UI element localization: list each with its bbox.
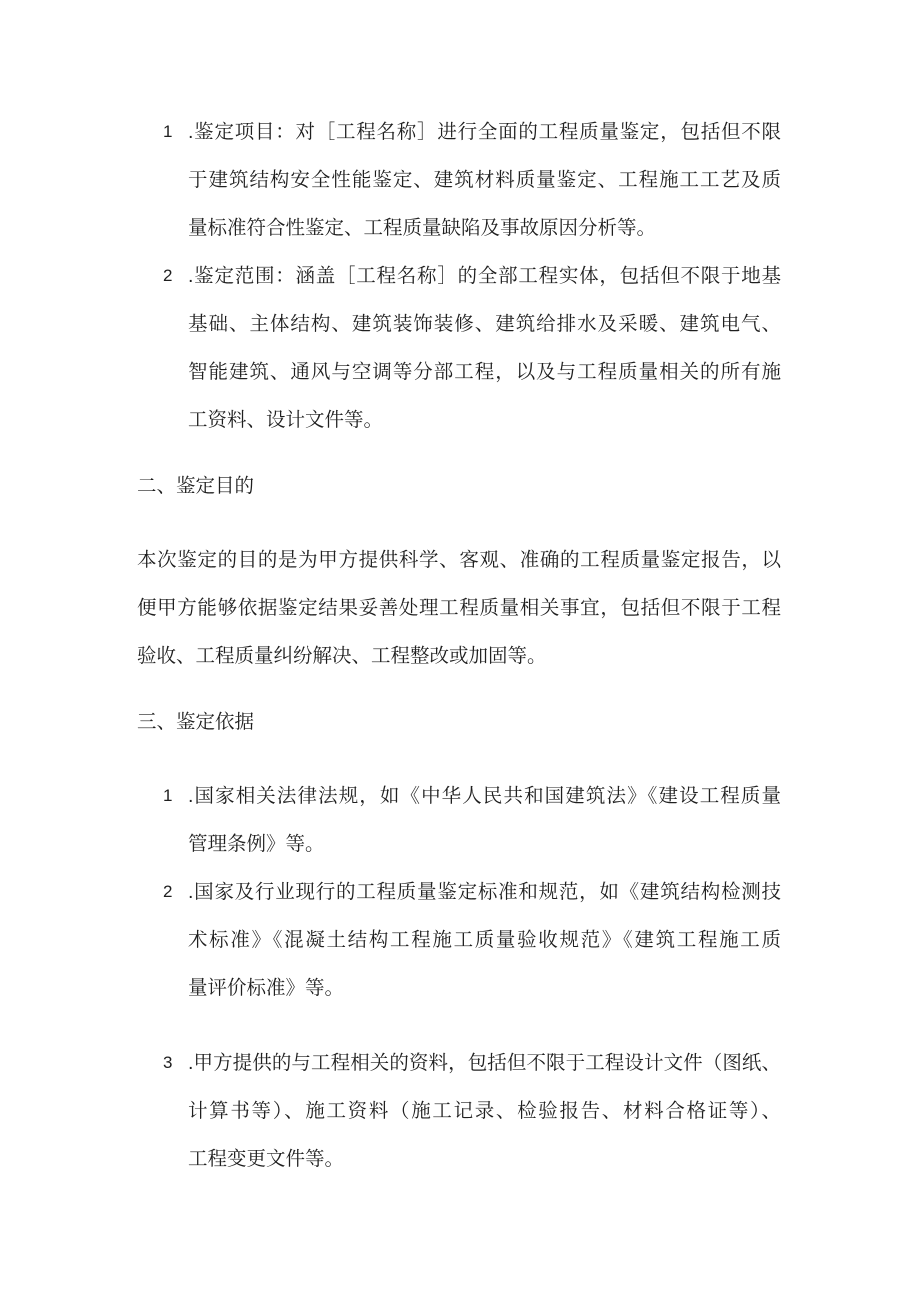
list-number: 1 xyxy=(163,108,188,156)
text-line: 量标准符合性鉴定、工程质量缺陷及事故原因分析等。 xyxy=(188,204,781,252)
list-item-lines: .鉴定项目：对［工程名称］进行全面的工程质量鉴定，包括但不限于建筑结构安全性能鉴… xyxy=(188,108,781,252)
list-number: 3 xyxy=(163,1039,188,1087)
list-item: 1.国家相关法律法规，如《中华人民共和国建筑法》《建设工程质量管理条例》等。 xyxy=(137,772,781,868)
text-line: 工资料、设计文件等。 xyxy=(188,396,781,444)
list-item-lines: .鉴定范围：涵盖［工程名称］的全部工程实体，包括但不限于地基基础、主体结构、建筑… xyxy=(188,252,781,444)
text-line: 基础、主体结构、建筑装饰装修、建筑给排水及采暖、建筑电气、 xyxy=(188,300,781,348)
list-item: 2.国家及行业现行的工程质量鉴定标准和规范，如《建筑结构检测技术标准》《混凝土结… xyxy=(137,868,781,1012)
section-heading: 三、鉴定依据 xyxy=(137,698,781,746)
text-line: .国家相关法律法规，如《中华人民共和国建筑法》《建设工程质量 xyxy=(188,772,781,820)
text-line: 便甲方能够依据鉴定结果妥善处理工程质量相关事宜，包括但不限于工程 xyxy=(137,584,781,632)
text-line: 验收、工程质量纠纷解决、工程整改或加固等。 xyxy=(137,632,781,680)
text-line: .鉴定范围：涵盖［工程名称］的全部工程实体，包括但不限于地基 xyxy=(188,252,781,300)
document-content: 1.鉴定项目：对［工程名称］进行全面的工程质量鉴定，包括但不限于建筑结构安全性能… xyxy=(137,108,781,1183)
list-item-lines: .国家相关法律法规，如《中华人民共和国建筑法》《建设工程质量管理条例》等。 xyxy=(188,772,781,868)
text-line: .甲方提供的与工程相关的资料，包括但不限于工程设计文件（图纸、 xyxy=(188,1039,781,1087)
text-line: 术标准》《混凝土结构工程施工质量验收规范》《建筑工程施工质 xyxy=(188,916,781,964)
list-item: 3.甲方提供的与工程相关的资料，包括但不限于工程设计文件（图纸、计算书等）、施工… xyxy=(137,1039,781,1183)
text-line: 工程变更文件等。 xyxy=(188,1135,781,1183)
text-line: 智能建筑、通风与空调等分部工程，以及与工程质量相关的所有施 xyxy=(188,348,781,396)
text-line: 于建筑结构安全性能鉴定、建筑材料质量鉴定、工程施工工艺及质 xyxy=(188,156,781,204)
list-item-lines: .甲方提供的与工程相关的资料，包括但不限于工程设计文件（图纸、计算书等）、施工资… xyxy=(188,1039,781,1183)
text-line: .国家及行业现行的工程质量鉴定标准和规范，如《建筑结构检测技 xyxy=(188,868,781,916)
list-number: 1 xyxy=(163,772,188,820)
text-line: 量评价标准》等。 xyxy=(188,964,781,1012)
text-line: .鉴定项目：对［工程名称］进行全面的工程质量鉴定，包括但不限 xyxy=(188,108,781,156)
section-heading: 二、鉴定目的 xyxy=(137,462,781,510)
list-item: 2.鉴定范围：涵盖［工程名称］的全部工程实体，包括但不限于地基基础、主体结构、建… xyxy=(137,252,781,444)
list-item: 1.鉴定项目：对［工程名称］进行全面的工程质量鉴定，包括但不限于建筑结构安全性能… xyxy=(137,108,781,252)
text-line: 计算书等）、施工资料（施工记录、检验报告、材料合格证等）、 xyxy=(188,1087,781,1135)
list-number: 2 xyxy=(163,868,188,916)
list-item-lines: .国家及行业现行的工程质量鉴定标准和规范，如《建筑结构检测技术标准》《混凝土结构… xyxy=(188,868,781,1012)
list-number: 2 xyxy=(163,252,188,300)
text-line: 本次鉴定的目的是为甲方提供科学、客观、准确的工程质量鉴定报告，以 xyxy=(137,536,781,584)
body-paragraph: 本次鉴定的目的是为甲方提供科学、客观、准确的工程质量鉴定报告，以便甲方能够依据鉴… xyxy=(137,536,781,680)
document-page: 1.鉴定项目：对［工程名称］进行全面的工程质量鉴定，包括但不限于建筑结构安全性能… xyxy=(0,0,920,1301)
text-line: 管理条例》等。 xyxy=(188,820,781,868)
